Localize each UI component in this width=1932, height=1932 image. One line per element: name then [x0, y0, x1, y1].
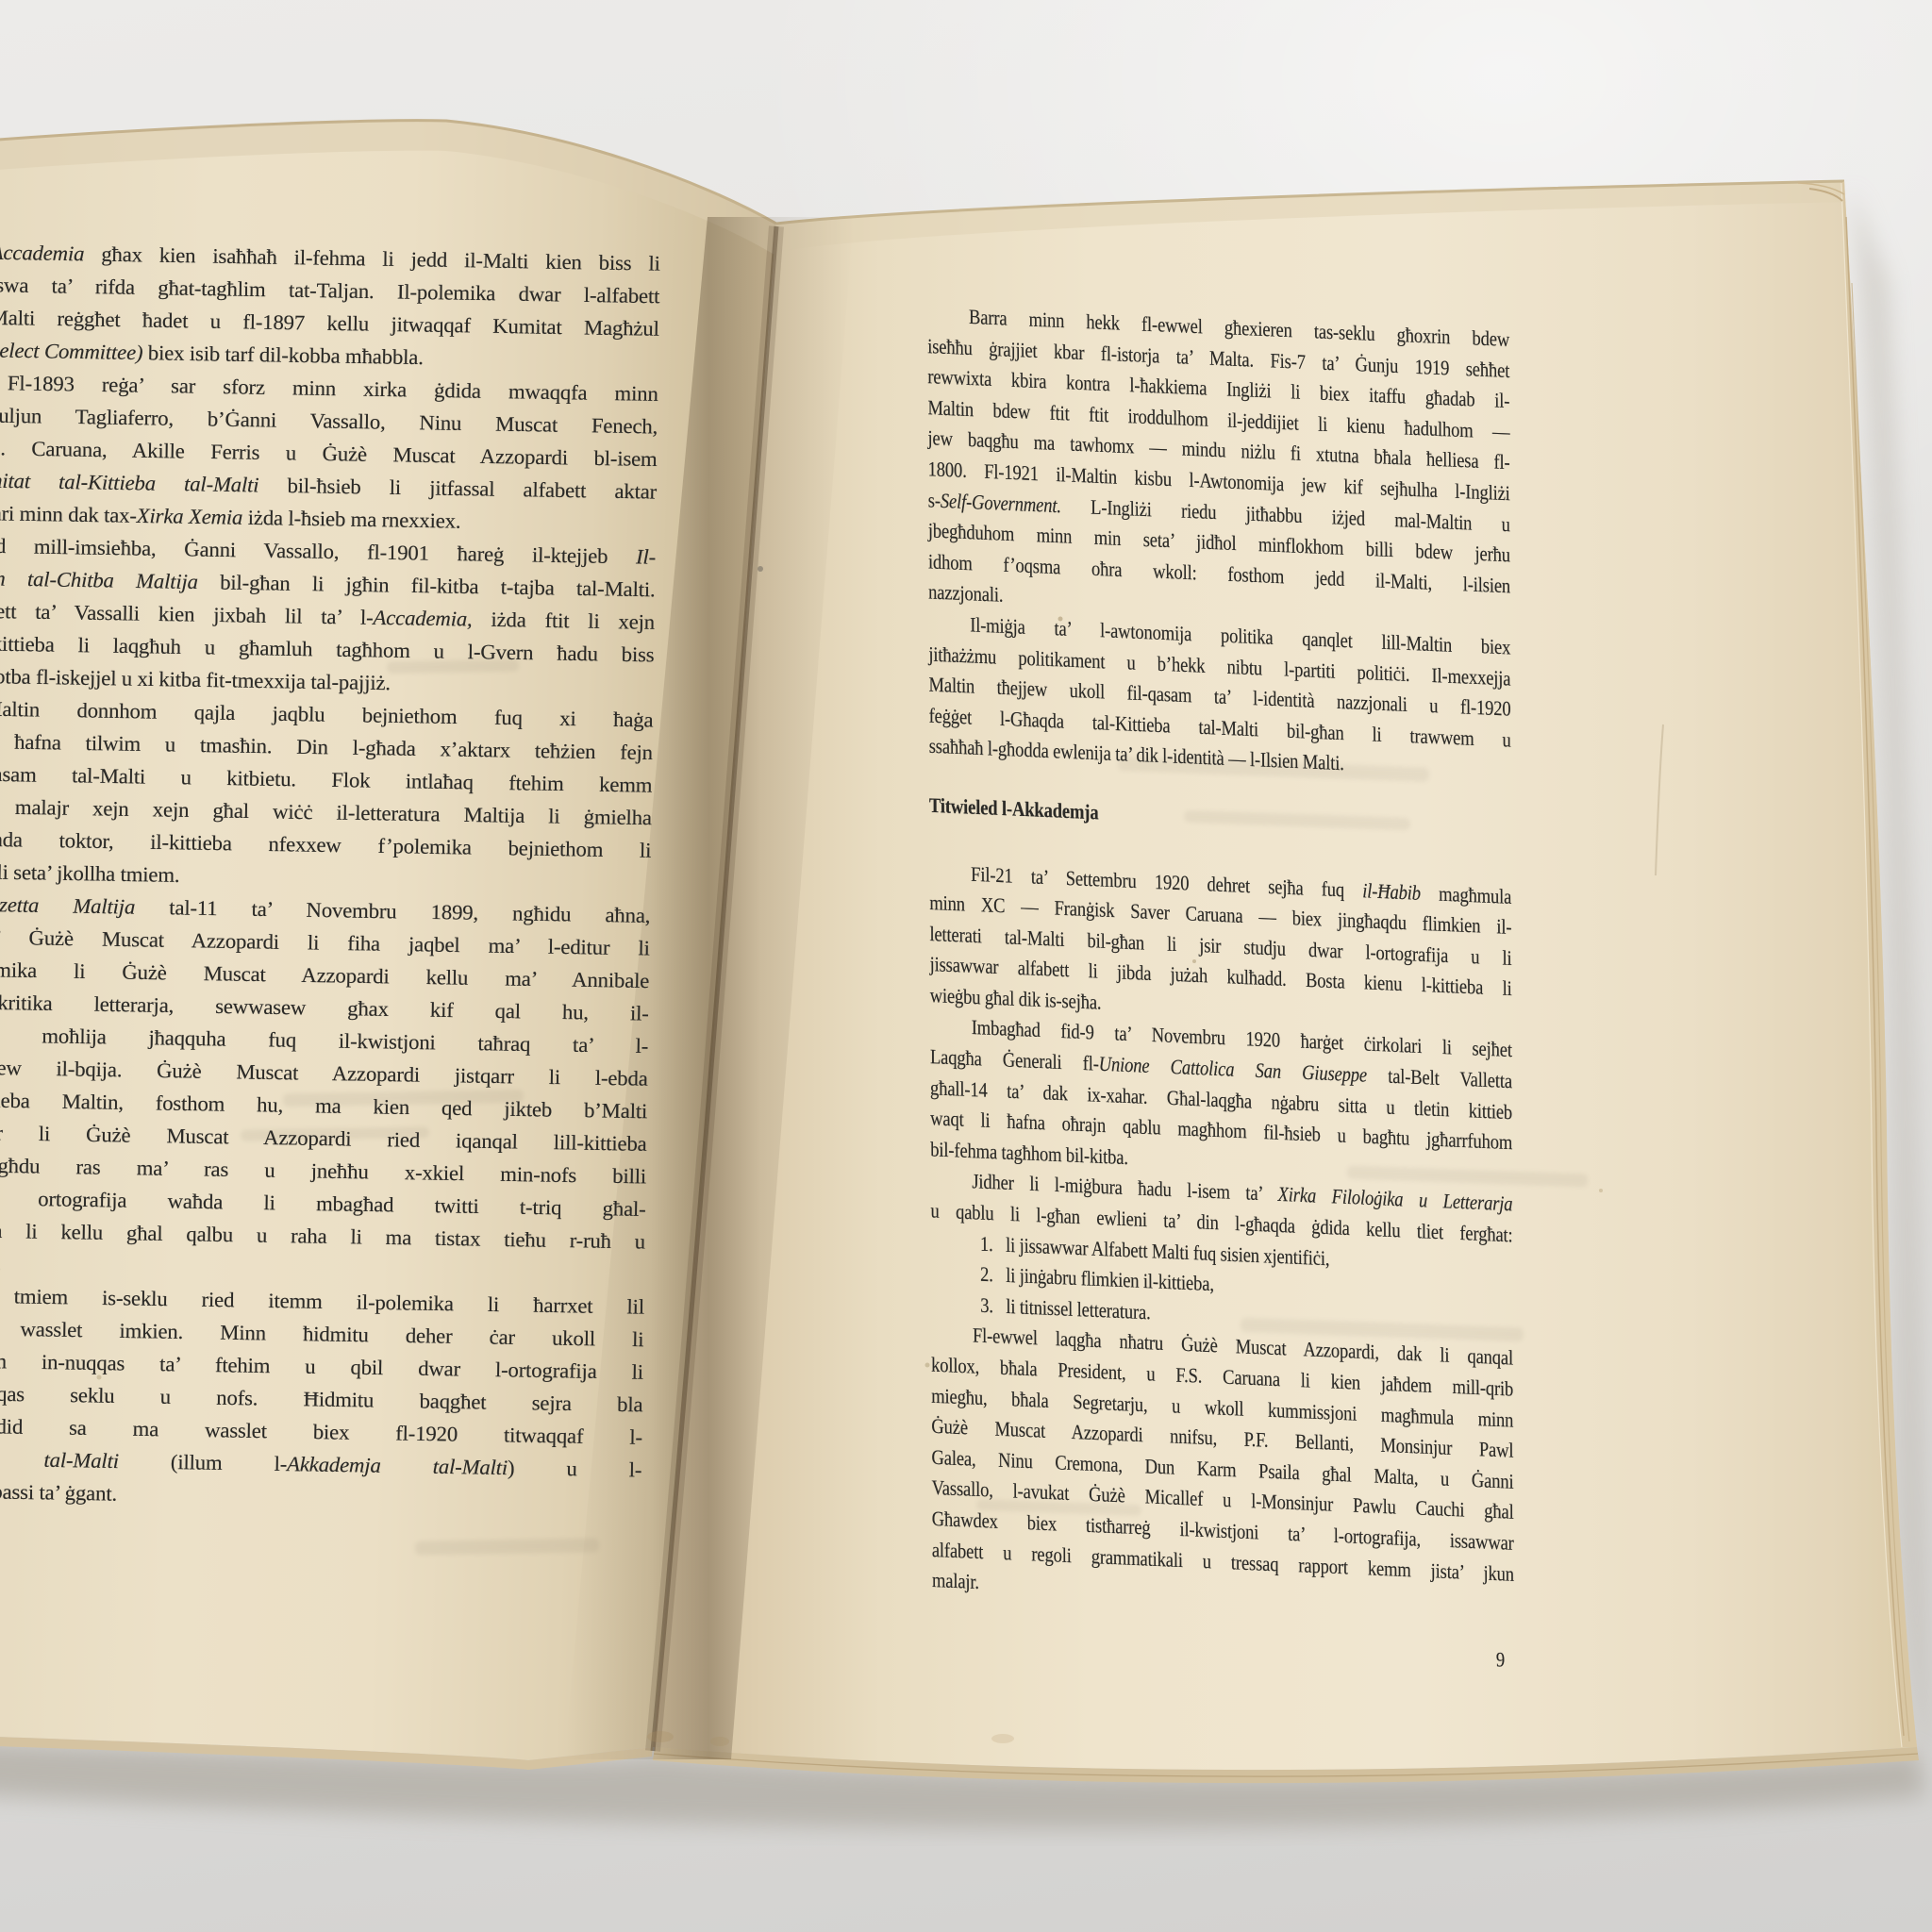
- gutter-stain-2: [710, 1737, 729, 1746]
- dust-speck-1: [758, 566, 763, 572]
- gutter-stain-3: [991, 1734, 1014, 1743]
- section-heading: Titwieled l-Akkademja: [929, 791, 1511, 846]
- gutter-stain-1: [647, 1731, 674, 1742]
- dust-speck-5: [1599, 1189, 1603, 1192]
- left-page-text: Accademia għax kien isaħħaħ il-fehma li …: [0, 236, 660, 1519]
- dust-speck-4: [925, 1363, 930, 1368]
- photo-open-book: Accademia għax kien isaħħaħ il-fehma li …: [0, 0, 1932, 1932]
- right-page-text: Barra minn hekk fl-ewwel għexieren tas-s…: [927, 300, 1514, 1675]
